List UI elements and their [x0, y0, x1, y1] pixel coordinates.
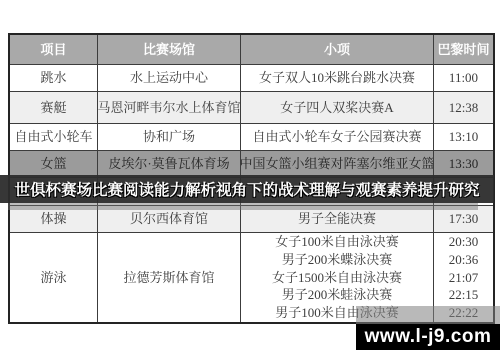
header-subcolumns: 小项巴黎时间 [240, 35, 493, 64]
subevent-row: 女子双人10米跳台跳水决赛11:00 [241, 65, 493, 91]
subevent-list: 中国女篮小组赛对阵塞尔维亚女篮13:30 [240, 151, 493, 177]
time-cell: 11:00 [433, 65, 493, 91]
event-cell: 自由式小轮车 [10, 124, 97, 150]
subevent-row: 女子四人双桨决赛A12:38 [241, 92, 493, 123]
subevent-row: 女子1500米自由泳决赛21:07 [241, 269, 493, 287]
column-header: 巴黎时间 [433, 35, 493, 64]
header-subrow: 小项巴黎时间 [241, 35, 493, 64]
table-row: 女篮皮埃尔·莫鲁瓦体育场中国女篮小组赛对阵塞尔维亚女篮13:30 [10, 150, 493, 177]
table-header-row: 项目比赛场馆小项巴黎时间 [10, 35, 493, 64]
venue-cell: 协和广场 [97, 124, 240, 150]
banner-title-text: 世俱杯赛场比赛阅读能力解析视角下的战术理解与观赛素养提升研究 [14, 178, 479, 200]
time-cell: 13:10 [433, 124, 493, 150]
subevent-name-cell: 女子100米自由泳决赛 [241, 233, 433, 251]
page-root: 项目比赛场馆小项巴黎时间跳水水上运动中心女子双人10米跳台跳水决赛11:00赛艇… [0, 0, 500, 362]
table-row: 自由式小轮车协和广场自由式小轮车女子公园赛决赛13:10 [10, 123, 493, 150]
watermark-shadow [356, 306, 500, 324]
subevent-name-cell: 男子200米蛙泳决赛 [241, 286, 433, 304]
watermark: www.l-j9.com [356, 306, 500, 350]
subevent-name-cell: 女子1500米自由泳决赛 [241, 269, 433, 287]
venue-cell: 拉德芳斯体育馆 [97, 233, 240, 322]
venue-cell: 水上运动中心 [97, 65, 240, 91]
time-cell: 20:30 [433, 233, 493, 251]
subevent-row: 中国女篮小组赛对阵塞尔维亚女篮13:30 [241, 151, 493, 177]
event-cell: 游泳 [10, 233, 97, 322]
subevent-name-cell: 女子四人双桨决赛A [241, 92, 433, 123]
time-cell: 21:07 [433, 269, 493, 287]
subevent-name-cell: 中国女篮小组赛对阵塞尔维亚女篮 [241, 151, 433, 177]
venue-cell: 马恩河畔韦尔水上体育馆 [97, 92, 240, 123]
watermark-url-text: www.l-j9.com [365, 326, 492, 348]
event-cell: 女篮 [10, 151, 97, 177]
table-row: 跳水水上运动中心女子双人10米跳台跳水决赛11:00 [10, 64, 493, 91]
subevent-row: 女子100米自由泳决赛20:30 [241, 233, 493, 251]
table-row: 赛艇马恩河畔韦尔水上体育馆女子四人双桨决赛A12:38 [10, 91, 493, 123]
time-cell: 13:30 [433, 151, 493, 177]
subevent-row: 男子200米蝶泳决赛20:36 [241, 251, 493, 269]
subevent-list: 女子四人双桨决赛A12:38 [240, 92, 493, 123]
column-header: 小项 [241, 35, 433, 64]
watermark-box: www.l-j9.com [356, 324, 500, 350]
column-header: 项目 [10, 35, 97, 64]
event-cell: 跳水 [10, 65, 97, 91]
subevent-row: 男子200米蛙泳决赛22:15 [241, 286, 493, 304]
subevent-name-cell: 女子双人10米跳台跳水决赛 [241, 65, 433, 91]
title-banner: 世俱杯赛场比赛阅读能力解析视角下的战术理解与观赛素养提升研究 [0, 175, 494, 203]
time-cell: 22:15 [433, 286, 493, 304]
event-cell: 赛艇 [10, 92, 97, 123]
time-cell: 12:38 [433, 92, 493, 123]
subevent-list: 女子双人10米跳台跳水决赛11:00 [240, 65, 493, 91]
subevent-list: 自由式小轮车女子公园赛决赛13:10 [240, 124, 493, 150]
subevent-name-cell: 自由式小轮车女子公园赛决赛 [241, 124, 433, 150]
time-cell: 20:36 [433, 251, 493, 269]
subevent-row: 自由式小轮车女子公园赛决赛13:10 [241, 124, 493, 150]
venue-cell: 皮埃尔·莫鲁瓦体育场 [97, 151, 240, 177]
column-header: 比赛场馆 [97, 35, 240, 64]
subevent-name-cell: 男子200米蝶泳决赛 [241, 251, 433, 269]
